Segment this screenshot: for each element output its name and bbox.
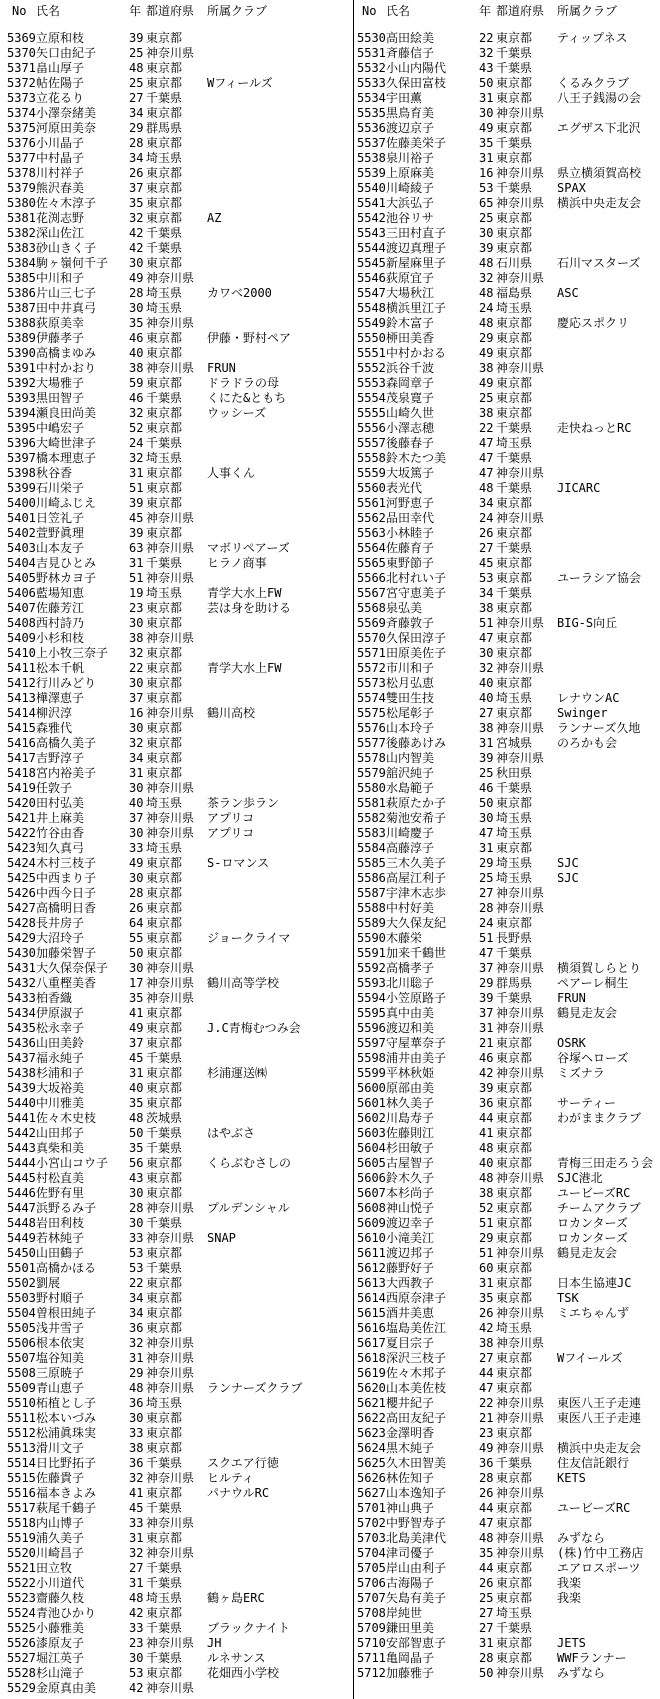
entry-prefecture: 千葉県 <box>146 1651 182 1666</box>
entry-row: 5438杉浦和子31東京都杉浦運送㈱ <box>7 1066 327 1081</box>
entry-no: 5532 <box>357 61 386 76</box>
entry-age: 30 <box>129 1186 143 1201</box>
entry-name: 上原麻美 <box>386 166 434 181</box>
entry-name: 青池ひかり <box>36 1606 96 1621</box>
entry-row: 5401日笠礼子45神奈川県 <box>7 511 327 526</box>
entry-row: 5579舘沢純子25秋田県 <box>357 766 660 781</box>
entry-name: 吉見ひとみ <box>36 556 96 571</box>
entry-no: 5506 <box>7 1336 36 1351</box>
entry-prefecture: 東京都 <box>496 646 532 661</box>
entry-age: 26 <box>479 1576 493 1591</box>
entry-club: 横須賀しらとり <box>557 961 641 976</box>
entry-name: 古屋智子 <box>386 1156 434 1171</box>
entry-club: わがままクラブ <box>557 1111 641 1126</box>
entry-prefecture: 千葉県 <box>496 481 532 496</box>
entry-prefecture: 東京都 <box>496 1651 532 1666</box>
entry-age: 37 <box>479 961 493 976</box>
entry-age: 32 <box>129 406 143 421</box>
entry-no: 5520 <box>7 1546 36 1561</box>
entry-age: 53 <box>479 571 493 586</box>
entry-name: 大久保奈保子 <box>36 961 108 976</box>
entry-prefecture: 神奈川県 <box>146 1681 194 1696</box>
entry-club: みずなら <box>557 1531 605 1546</box>
entry-row: 5615酒井美恵26神奈川県ミエちゃんず <box>357 1306 660 1321</box>
entry-prefecture: 千葉県 <box>146 556 182 571</box>
entry-no: 5548 <box>357 301 386 316</box>
entry-row: 5710安部智恵子31東京都JETS <box>357 1636 660 1651</box>
entry-age: 42 <box>129 1681 143 1696</box>
entry-row: 5446佐野有里30東京都 <box>7 1186 327 1201</box>
entry-row: 5440中川雅美35東京都 <box>7 1096 327 1111</box>
entry-row: 5560表光代48千葉県JICARC <box>357 481 660 496</box>
entry-prefecture: 東京都 <box>496 1381 532 1396</box>
entry-prefecture: 神奈川県 <box>146 1336 194 1351</box>
entry-age: 32 <box>129 1546 143 1561</box>
entry-name: 中村好美 <box>386 901 434 916</box>
entry-no: 5400 <box>7 496 36 511</box>
entry-name: 高橋久美子 <box>36 736 96 751</box>
entry-row: 5434伊原淑子41東京都 <box>7 1006 327 1021</box>
entry-club: 谷塚ヘローズ <box>557 1051 628 1066</box>
entry-name: 中村晶子 <box>36 151 84 166</box>
entry-name: 高橋まゆみ <box>36 346 96 361</box>
entry-name: 河野恵子 <box>386 496 434 511</box>
entry-no: 5432 <box>7 976 36 991</box>
entry-prefecture: 神奈川県 <box>496 1486 544 1501</box>
entry-no: 5392 <box>7 376 36 391</box>
entry-name: 立原和枝 <box>36 31 84 46</box>
entry-prefecture: 神奈川県 <box>146 316 194 331</box>
entry-club: アプリコ <box>207 811 254 826</box>
entry-name: 任敦子 <box>36 781 72 796</box>
entry-row: 5607本杉尚子38東京都ユービーズRC <box>357 1186 660 1201</box>
entry-age: 53 <box>129 1246 143 1261</box>
entry-row: 5394瀬良田尚美32東京都ウッシーズ <box>7 406 327 421</box>
entry-prefecture: 神奈川県 <box>496 886 544 901</box>
entry-club: SJC港北 <box>557 1171 603 1186</box>
entry-row: 5379熊沢春美37東京都 <box>7 181 327 196</box>
entry-name: 知久真弓 <box>36 841 84 856</box>
entry-prefecture: 神奈川県 <box>146 541 194 556</box>
entry-name: 山本美佐枝 <box>386 1381 446 1396</box>
entry-name: 塩島美佐江 <box>386 1321 446 1336</box>
entry-row: 5569斉藤敦子51神奈川県BIG-S向丘 <box>357 616 660 631</box>
entry-prefecture: 神奈川県 <box>496 1411 544 1426</box>
entry-row: 5371畠山厚子48東京都 <box>7 61 327 76</box>
entry-prefecture: 東京都 <box>496 1351 532 1366</box>
entry-row: 5624黒木純子49神奈川県横浜中央走友会 <box>357 1441 660 1456</box>
entry-prefecture: 東京都 <box>146 1606 182 1621</box>
entry-prefecture: 長野県 <box>496 931 532 946</box>
entry-club: エグザス下北沢 <box>557 121 641 136</box>
entry-no: 5567 <box>357 586 386 601</box>
entry-name: 田原美佐子 <box>386 646 446 661</box>
entry-no: 5573 <box>357 676 386 691</box>
entry-prefecture: 埼玉県 <box>496 856 532 871</box>
entry-age: 36 <box>479 1096 493 1111</box>
entry-prefecture: 埼玉県 <box>146 151 182 166</box>
entry-age: 51 <box>479 931 493 946</box>
entry-row: 5386片山三七子28埼玉県カワベ2000 <box>7 286 327 301</box>
entry-prefecture: 千葉県 <box>496 181 532 196</box>
entry-club: 石川マスターズ <box>557 256 640 271</box>
entry-name: 守屋華奈子 <box>386 1036 446 1051</box>
entry-prefecture: 東京都 <box>146 136 182 151</box>
entry-name: 上小牧三奈子 <box>36 646 108 661</box>
entry-prefecture: 神奈川県 <box>496 1066 544 1081</box>
entry-club: サーティー <box>557 1096 616 1111</box>
entry-no: 5555 <box>357 406 386 421</box>
entry-age: 51 <box>479 616 493 631</box>
entry-row: 5385中川和子49神奈川県 <box>7 271 327 286</box>
entry-no: 5450 <box>7 1246 36 1261</box>
entry-row: 5614西原奈津子35東京都TSK <box>357 1291 660 1306</box>
entry-row: 5528杉山滝子53東京都花畑西小学校 <box>7 1666 327 1681</box>
entry-name: 竹谷由香 <box>36 826 84 841</box>
entry-age: 42 <box>479 1066 493 1081</box>
entry-no: 5620 <box>357 1381 386 1396</box>
entry-age: 48 <box>479 1531 493 1546</box>
entry-age: 34 <box>129 1291 143 1306</box>
entry-no: 5406 <box>7 586 36 601</box>
entry-prefecture: 東京都 <box>496 331 532 346</box>
entry-row: 5616塩島美佐江42埼玉県 <box>357 1321 660 1336</box>
header-name: 氏名 <box>36 4 60 19</box>
entry-row: 5712加藤雅子50神奈川県みずなら <box>357 1666 660 1681</box>
entry-name: 佐藤貴子 <box>36 1471 84 1486</box>
entry-club: パナウルRC <box>207 1486 269 1501</box>
entry-row: 5576山本玲子38神奈川県ランナーズ久地 <box>357 721 660 736</box>
entry-age: 26 <box>479 1486 493 1501</box>
entry-rows: 5369立原和枝39東京都5370矢口由紀子25神奈川県5371畠山厚子48東京… <box>7 31 327 1696</box>
entry-prefecture: 東京都 <box>146 1531 182 1546</box>
entry-prefecture: 千葉県 <box>146 1051 182 1066</box>
entry-prefecture: 神奈川県 <box>496 1171 544 1186</box>
entry-row: 5709鎌田里美27千葉県 <box>357 1621 660 1636</box>
column-header: No 氏名 年 都道府県 所属クラブ <box>357 4 660 19</box>
entry-club: みずなら <box>557 1666 605 1681</box>
entry-club: 花畑西小学校 <box>207 1666 279 1681</box>
entry-no: 5425 <box>7 871 36 886</box>
entry-row: 5377中村晶子34埼玉県 <box>7 151 327 166</box>
entry-no: 5422 <box>7 826 36 841</box>
entry-prefecture: 埼玉県 <box>146 1591 182 1606</box>
entry-no: 5522 <box>7 1576 36 1591</box>
entry-age: 48 <box>479 1171 493 1186</box>
entry-age: 63 <box>129 541 143 556</box>
entry-age: 47 <box>479 436 493 451</box>
entry-age: 35 <box>129 1096 143 1111</box>
entry-age: 49 <box>129 856 143 871</box>
entry-age: 44 <box>479 1111 493 1126</box>
entry-row: 5572市川和子32神奈川県 <box>357 661 660 676</box>
entry-row: 5580水島範子46千葉県 <box>357 781 660 796</box>
entry-club: ヒルティ <box>207 1471 254 1486</box>
entry-age: 43 <box>129 1171 143 1186</box>
entry-name: 中川雅美 <box>36 1096 84 1111</box>
entry-row: 5566北村れい子53東京都ユーラシア協会 <box>357 571 660 586</box>
entry-age: 33 <box>129 1231 143 1246</box>
entry-club: 走快ねっとRC <box>557 421 631 436</box>
entry-name: 櫻井紀子 <box>386 1396 434 1411</box>
entry-no: 5405 <box>7 571 36 586</box>
entry-age: 27 <box>479 886 493 901</box>
entry-prefecture: 東京都 <box>146 616 182 631</box>
entry-age: 28 <box>129 1201 143 1216</box>
entry-club: はやぶさ <box>207 1126 255 1141</box>
entry-no: 5505 <box>7 1321 36 1336</box>
entry-no: 5589 <box>357 916 386 931</box>
entry-club: 日本生協連JC <box>557 1276 631 1291</box>
entry-no: 5712 <box>357 1666 386 1681</box>
entry-age: 25 <box>479 766 493 781</box>
entry-no: 5383 <box>7 241 36 256</box>
entry-name: 水島範子 <box>386 781 434 796</box>
entry-row: 5507塩谷知美31神奈川県 <box>7 1351 327 1366</box>
entry-row: 5564佐藤育子27千葉県 <box>357 541 660 556</box>
entry-prefecture: 千葉県 <box>496 136 532 151</box>
entry-age: 53 <box>129 1666 143 1681</box>
entry-name: 松尾彰子 <box>386 706 434 721</box>
entry-name: 日比野拓子 <box>36 1456 96 1471</box>
entry-prefecture: 千葉県 <box>496 586 532 601</box>
entry-prefecture: 神奈川県 <box>146 1546 194 1561</box>
entry-prefecture: 千葉県 <box>146 1126 182 1141</box>
entry-name: 菊池安希子 <box>386 811 446 826</box>
entry-age: 24 <box>479 511 493 526</box>
entry-row: 5582菊池安希子30埼玉県 <box>357 811 660 826</box>
entry-name: 田中井真弓 <box>36 301 96 316</box>
entry-row: 5444小宮山コウ子56東京都くらぶむさしの <box>7 1156 327 1171</box>
entry-age: 47 <box>479 1381 493 1396</box>
entry-no: 5534 <box>357 91 386 106</box>
entry-prefecture: 神奈川県 <box>496 196 544 211</box>
entry-prefecture: 千葉県 <box>146 226 182 241</box>
entry-prefecture: 東京都 <box>496 1276 532 1291</box>
entry-prefecture: 東京都 <box>146 736 182 751</box>
entry-name: 河原田美奈 <box>36 121 96 136</box>
entry-prefecture: 千葉県 <box>496 421 532 436</box>
entry-age: 51 <box>479 1216 493 1231</box>
column-header: No 氏名 年 都道府県 所属クラブ <box>7 4 327 19</box>
entry-prefecture: 東京都 <box>146 376 182 391</box>
entry-row: 5428長井房子64東京都 <box>7 916 327 931</box>
entry-age: 36 <box>129 1321 143 1336</box>
entry-row: 5711亀岡晶子28東京都WWFランナー <box>357 1651 660 1666</box>
entry-no: 5439 <box>7 1081 36 1096</box>
entry-prefecture: 東京都 <box>496 1561 532 1576</box>
entry-row: 5396大崎世津子24千葉県 <box>7 436 327 451</box>
entry-age: 22 <box>129 661 143 676</box>
entry-prefecture: 千葉県 <box>146 436 182 451</box>
entry-no: 5440 <box>7 1096 36 1111</box>
entry-age: 36 <box>479 1456 493 1471</box>
entry-name: 津司優子 <box>386 1546 434 1561</box>
entry-age: 31 <box>479 1276 493 1291</box>
entry-age: 35 <box>479 136 493 151</box>
entry-no: 5584 <box>357 841 386 856</box>
entry-prefecture: 東京都 <box>496 1111 532 1126</box>
entry-club: (株)竹中工務店 <box>557 1546 643 1561</box>
entry-row: 5393黒田智子46千葉県くにた&ともち <box>7 391 327 406</box>
entry-prefecture: 神奈川県 <box>496 901 544 916</box>
entry-row: 5520川崎昌子32神奈川県 <box>7 1546 327 1561</box>
entry-no: 5557 <box>357 436 386 451</box>
entry-no: 5413 <box>7 691 36 706</box>
entry-age: 22 <box>479 421 493 436</box>
entry-prefecture: 東京都 <box>146 1156 182 1171</box>
entry-name: 川崎ふじえ <box>36 496 96 511</box>
entry-club: 鶴見走友会 <box>557 1246 617 1261</box>
entry-name: 小宮山コウ子 <box>36 1156 108 1171</box>
entry-name: 野村順子 <box>36 1291 84 1306</box>
entry-row: 5535黒鳥育美30神奈川県 <box>357 106 660 121</box>
entry-row: 5574雙田生技40埼玉県レナウンAC <box>357 691 660 706</box>
entry-age: 41 <box>479 1126 493 1141</box>
entry-no: 5577 <box>357 736 386 751</box>
entry-age: 33 <box>129 1621 143 1636</box>
entry-prefecture: 東京都 <box>496 1126 532 1141</box>
entry-prefecture: 東京都 <box>146 931 182 946</box>
entry-row: 5525小藤雅美33千葉県ブラックナイト <box>7 1621 327 1636</box>
entry-age: 30 <box>129 721 143 736</box>
entry-row: 5622高田友紀子21神奈川県東医八王子走連 <box>357 1411 660 1426</box>
entry-prefecture: 東京都 <box>496 676 532 691</box>
entry-prefecture: 東京都 <box>496 1216 532 1231</box>
entry-prefecture: 神奈川県 <box>496 1546 544 1561</box>
entry-name: 川崎昌子 <box>36 1546 84 1561</box>
entry-age: 45 <box>479 556 493 571</box>
entry-name: 山崎久世 <box>386 406 434 421</box>
entry-name: 中西まり子 <box>36 871 96 886</box>
entry-row: 5388荻原美幸35神奈川県 <box>7 316 327 331</box>
entry-name: 林佐知子 <box>386 1471 434 1486</box>
entry-prefecture: 東京都 <box>496 151 532 166</box>
entry-no: 5507 <box>7 1351 36 1366</box>
entry-age: 47 <box>479 946 493 961</box>
entry-row: 5583川崎慶子47埼玉県 <box>357 826 660 841</box>
entry-no: 5550 <box>357 331 386 346</box>
entry-no: 5530 <box>357 31 386 46</box>
entry-prefecture: 千葉県 <box>146 91 182 106</box>
entry-no: 5426 <box>7 886 36 901</box>
entry-no: 5384 <box>7 256 36 271</box>
entry-no: 5429 <box>7 931 36 946</box>
entry-age: 43 <box>479 61 493 76</box>
entry-prefecture: 神奈川県 <box>146 991 194 1006</box>
entry-name: 山本逸知子 <box>386 1486 446 1501</box>
entry-no: 5706 <box>357 1576 386 1591</box>
entry-no: 5379 <box>7 181 36 196</box>
entry-row: 5554茂泉寛子25東京都 <box>357 391 660 406</box>
entry-row: 5595真中由美37神奈川県鶴見走友会 <box>357 1006 660 1021</box>
entry-club: ヒラノ商事 <box>207 556 267 571</box>
entry-prefecture: 神奈川県 <box>496 721 544 736</box>
entry-no: 5703 <box>357 1531 386 1546</box>
entry-prefecture: 埼玉県 <box>496 1321 532 1336</box>
entry-age: 27 <box>479 1351 493 1366</box>
entry-age: 28 <box>479 1651 493 1666</box>
entry-age: 42 <box>129 241 143 256</box>
entry-no: 5398 <box>7 466 36 481</box>
entry-no: 5563 <box>357 526 386 541</box>
entry-age: 52 <box>479 1201 493 1216</box>
entry-name: 野林カヨ子 <box>36 571 96 586</box>
entry-row: 5405野林カヨ子51神奈川県 <box>7 571 327 586</box>
entry-club: 横浜中央走友会 <box>557 1441 641 1456</box>
entry-prefecture: 東京都 <box>496 1156 532 1171</box>
header-prefecture: 都道府県 <box>496 4 544 19</box>
entry-prefecture: 東京都 <box>496 1141 532 1156</box>
entry-prefecture: 神奈川県 <box>496 1396 544 1411</box>
entry-row: 5422竹谷由香30神奈川県アプリコ <box>7 826 327 841</box>
entry-prefecture: 千葉県 <box>496 1621 532 1636</box>
entry-no: 5619 <box>357 1366 386 1381</box>
entry-name: 岸純世 <box>386 1606 422 1621</box>
entry-age: 30 <box>129 256 143 271</box>
entry-name: 宮守恵美子 <box>386 586 446 601</box>
entry-row: 5425中西まり子30東京都 <box>7 871 327 886</box>
entry-prefecture: 東京都 <box>496 571 532 586</box>
entry-no: 5702 <box>357 1516 386 1531</box>
entry-row: 5375河原田美奈29群馬県 <box>7 121 327 136</box>
entry-name: 古海陽子 <box>386 1576 434 1591</box>
entry-no: 5518 <box>7 1516 36 1531</box>
entry-prefecture: 東京都 <box>146 691 182 706</box>
entry-prefecture: 東京都 <box>146 1666 182 1681</box>
entry-name: 大坂篤子 <box>386 466 434 481</box>
entry-age: 37 <box>129 181 143 196</box>
entry-no: 5430 <box>7 946 36 961</box>
entry-no: 5380 <box>7 196 36 211</box>
entry-row: 5429大沼玲子55東京都ジョークライマ <box>7 931 327 946</box>
entry-row: 5627山本逸知子26神奈川県 <box>357 1486 660 1501</box>
entry-prefecture: 神奈川県 <box>496 1246 544 1261</box>
entry-name: 岩田利枝 <box>36 1216 84 1231</box>
entry-prefecture: 東京都 <box>496 121 532 136</box>
entry-name: 小笠原路子 <box>386 991 446 1006</box>
entry-club: ユービーズRC <box>557 1501 630 1516</box>
entry-row: 5708岸純世27埼玉県 <box>357 1606 660 1621</box>
entry-row: 5609渡辺幸子51東京都ロカンターズ <box>357 1216 660 1231</box>
entry-no: 5401 <box>7 511 36 526</box>
entry-name: 平林秋姫 <box>386 1066 434 1081</box>
entry-row: 5406藍場知恵19埼玉県青学大水上FW <box>7 586 327 601</box>
entry-no: 5611 <box>357 1246 386 1261</box>
entry-age: 39 <box>129 526 143 541</box>
entry-name: 中野智寿子 <box>386 1516 446 1531</box>
entry-age: 31 <box>129 466 143 481</box>
entry-row: 5551中村かおる49東京都 <box>357 346 660 361</box>
entry-no: 5428 <box>7 916 36 931</box>
entry-age: 48 <box>129 1591 143 1606</box>
entry-no: 5603 <box>357 1126 386 1141</box>
entry-name: 高藤淳子 <box>386 841 434 856</box>
entry-row: 5519浦久美子31東京都 <box>7 1531 327 1546</box>
entry-row: 5383砂山きく子42千葉県 <box>7 241 327 256</box>
entry-age: 30 <box>129 676 143 691</box>
entry-name: 夏目宗子 <box>386 1336 434 1351</box>
entry-no: 5556 <box>357 421 386 436</box>
entry-prefecture: 東京都 <box>146 1021 182 1036</box>
entry-prefecture: 福島県 <box>496 286 532 301</box>
entry-no: 5377 <box>7 151 36 166</box>
entry-no: 5519 <box>7 1531 36 1546</box>
entry-row: 5437福永純子45千葉県 <box>7 1051 327 1066</box>
entry-age: 30 <box>129 781 143 796</box>
entry-age: 35 <box>129 991 143 1006</box>
entry-row: 5585三木久美子29埼玉県SJC <box>357 856 660 871</box>
